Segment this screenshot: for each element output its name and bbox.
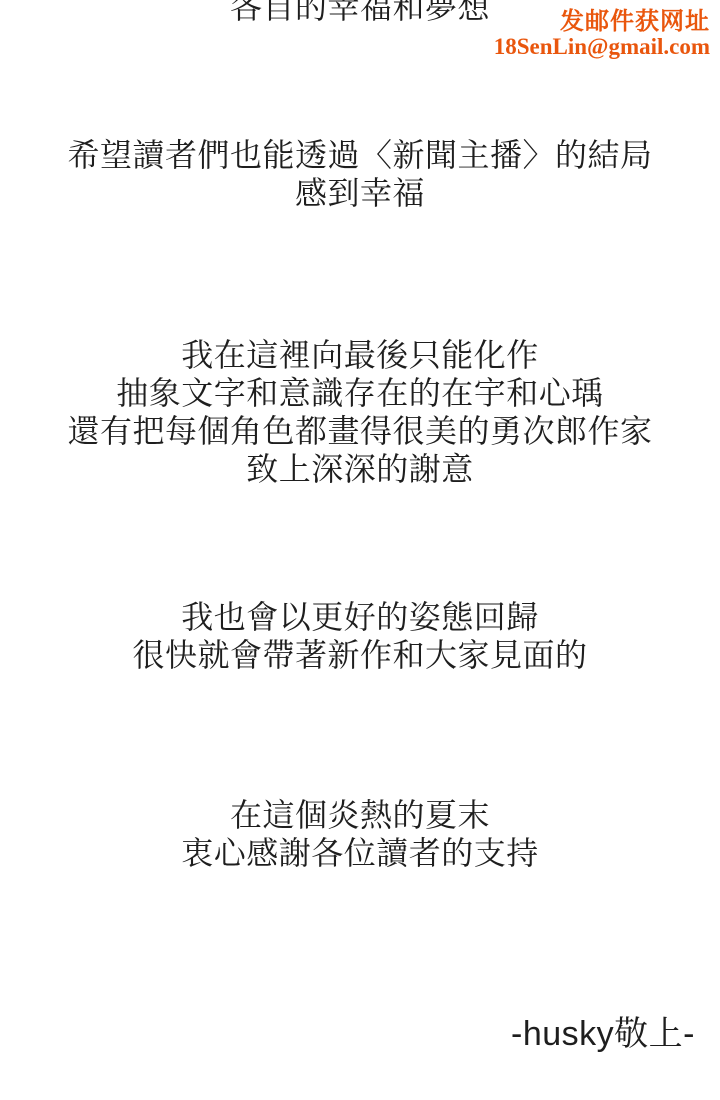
paragraph-summer-thanks: 在這個炎熱的夏末 衷心感謝各位讀者的支持 bbox=[0, 796, 720, 872]
paragraph-hope-line-1: 希望讀者們也能透過〈新聞主播〉的結局 bbox=[0, 136, 720, 174]
paragraph-summer-thanks-line-2: 衷心感謝各位讀者的支持 bbox=[0, 834, 720, 872]
paragraph-return: 我也會以更好的姿態回歸 很快就會帶著新作和大家見面的 bbox=[0, 598, 720, 674]
paragraph-author-thanks-line-3: 還有把每個角色都畫得很美的勇次郎作家 bbox=[0, 412, 720, 450]
afterword-page: 各自的幸福和夢想 发邮件获网址 18SenLin@gmail.com 希望讀者們… bbox=[0, 0, 720, 1100]
paragraph-author-thanks-line-2: 抽象文字和意識存在的在宇和心瑀 bbox=[0, 374, 720, 412]
paragraph-author-thanks: 我在這裡向最後只能化作 抽象文字和意識存在的在宇和心瑀 還有把每個角色都畫得很美… bbox=[0, 336, 720, 488]
watermark: 发邮件获网址 18SenLin@gmail.com bbox=[494, 10, 710, 59]
paragraph-hope: 希望讀者們也能透過〈新聞主播〉的結局 感到幸福 bbox=[0, 136, 720, 212]
author-signature: -husky敬上- bbox=[511, 1006, 695, 1055]
paragraph-author-thanks-line-4: 致上深深的謝意 bbox=[0, 450, 720, 488]
paragraph-summer-thanks-line-1: 在這個炎熱的夏末 bbox=[0, 796, 720, 834]
watermark-slogan: 发邮件获网址 bbox=[494, 10, 710, 35]
paragraph-author-thanks-line-1: 我在這裡向最後只能化作 bbox=[0, 336, 720, 374]
paragraph-return-line-2: 很快就會帶著新作和大家見面的 bbox=[0, 636, 720, 674]
paragraph-return-line-1: 我也會以更好的姿態回歸 bbox=[0, 598, 720, 636]
watermark-email: 18SenLin@gmail.com bbox=[494, 35, 710, 59]
paragraph-hope-line-2: 感到幸福 bbox=[0, 174, 720, 212]
